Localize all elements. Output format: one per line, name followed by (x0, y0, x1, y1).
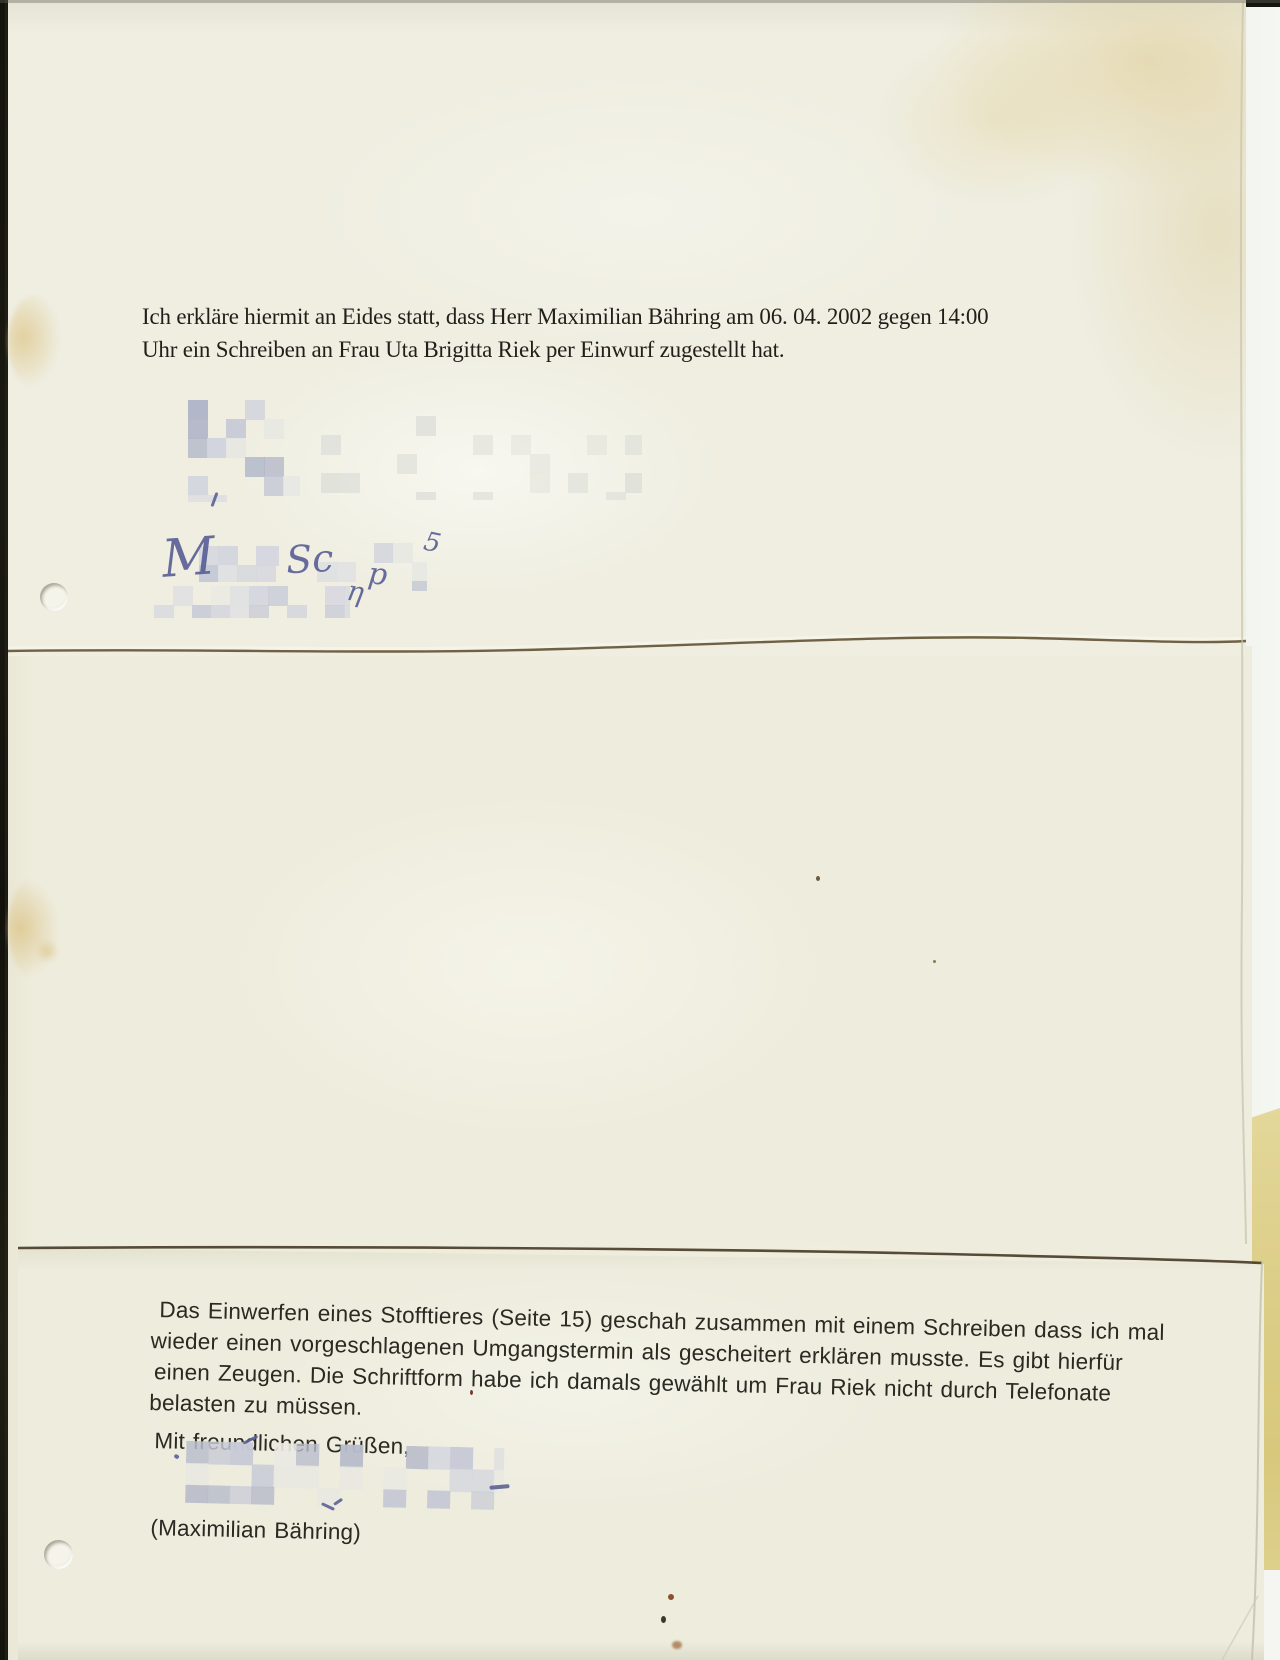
paper-bottom: Das Einwerfen eines Stofftieres (Seite 1… (18, 1240, 1264, 1660)
speck (661, 1616, 666, 1623)
signer-name-line: (Maximilian Bähring) (150, 1512, 361, 1548)
affidavit-line: Ich erkläre hiermit an Eides statt, dass… (142, 300, 988, 333)
scanned-document-page: Ich erkläre hiermit an Eides statt, dass… (0, 0, 1280, 1660)
ink-stroke (173, 1454, 179, 1460)
speck (816, 876, 820, 881)
hole-punch (44, 1540, 73, 1569)
affidavit-line: Uhr ein Schreiben an Frau Uta Brigitta R… (142, 333, 988, 366)
hole-punch (40, 583, 68, 611)
redaction-mosaic (185, 1441, 504, 1510)
speck (668, 1594, 674, 1600)
letter-content: Das Einwerfen eines Stofftieres (Seite 1… (144, 1284, 1171, 1647)
stain (8, 296, 60, 388)
affidavit-text: Ich erkläre hiermit an Eides statt, dass… (142, 300, 988, 366)
paper-top: Ich erkläre hiermit an Eides statt, dass… (8, 0, 1246, 656)
speck (672, 1641, 682, 1649)
speck (470, 1390, 473, 1395)
scan-top-hairline (0, 0, 1280, 3)
stain (36, 938, 58, 964)
speck (933, 960, 936, 963)
signature-area (144, 1284, 1171, 1647)
